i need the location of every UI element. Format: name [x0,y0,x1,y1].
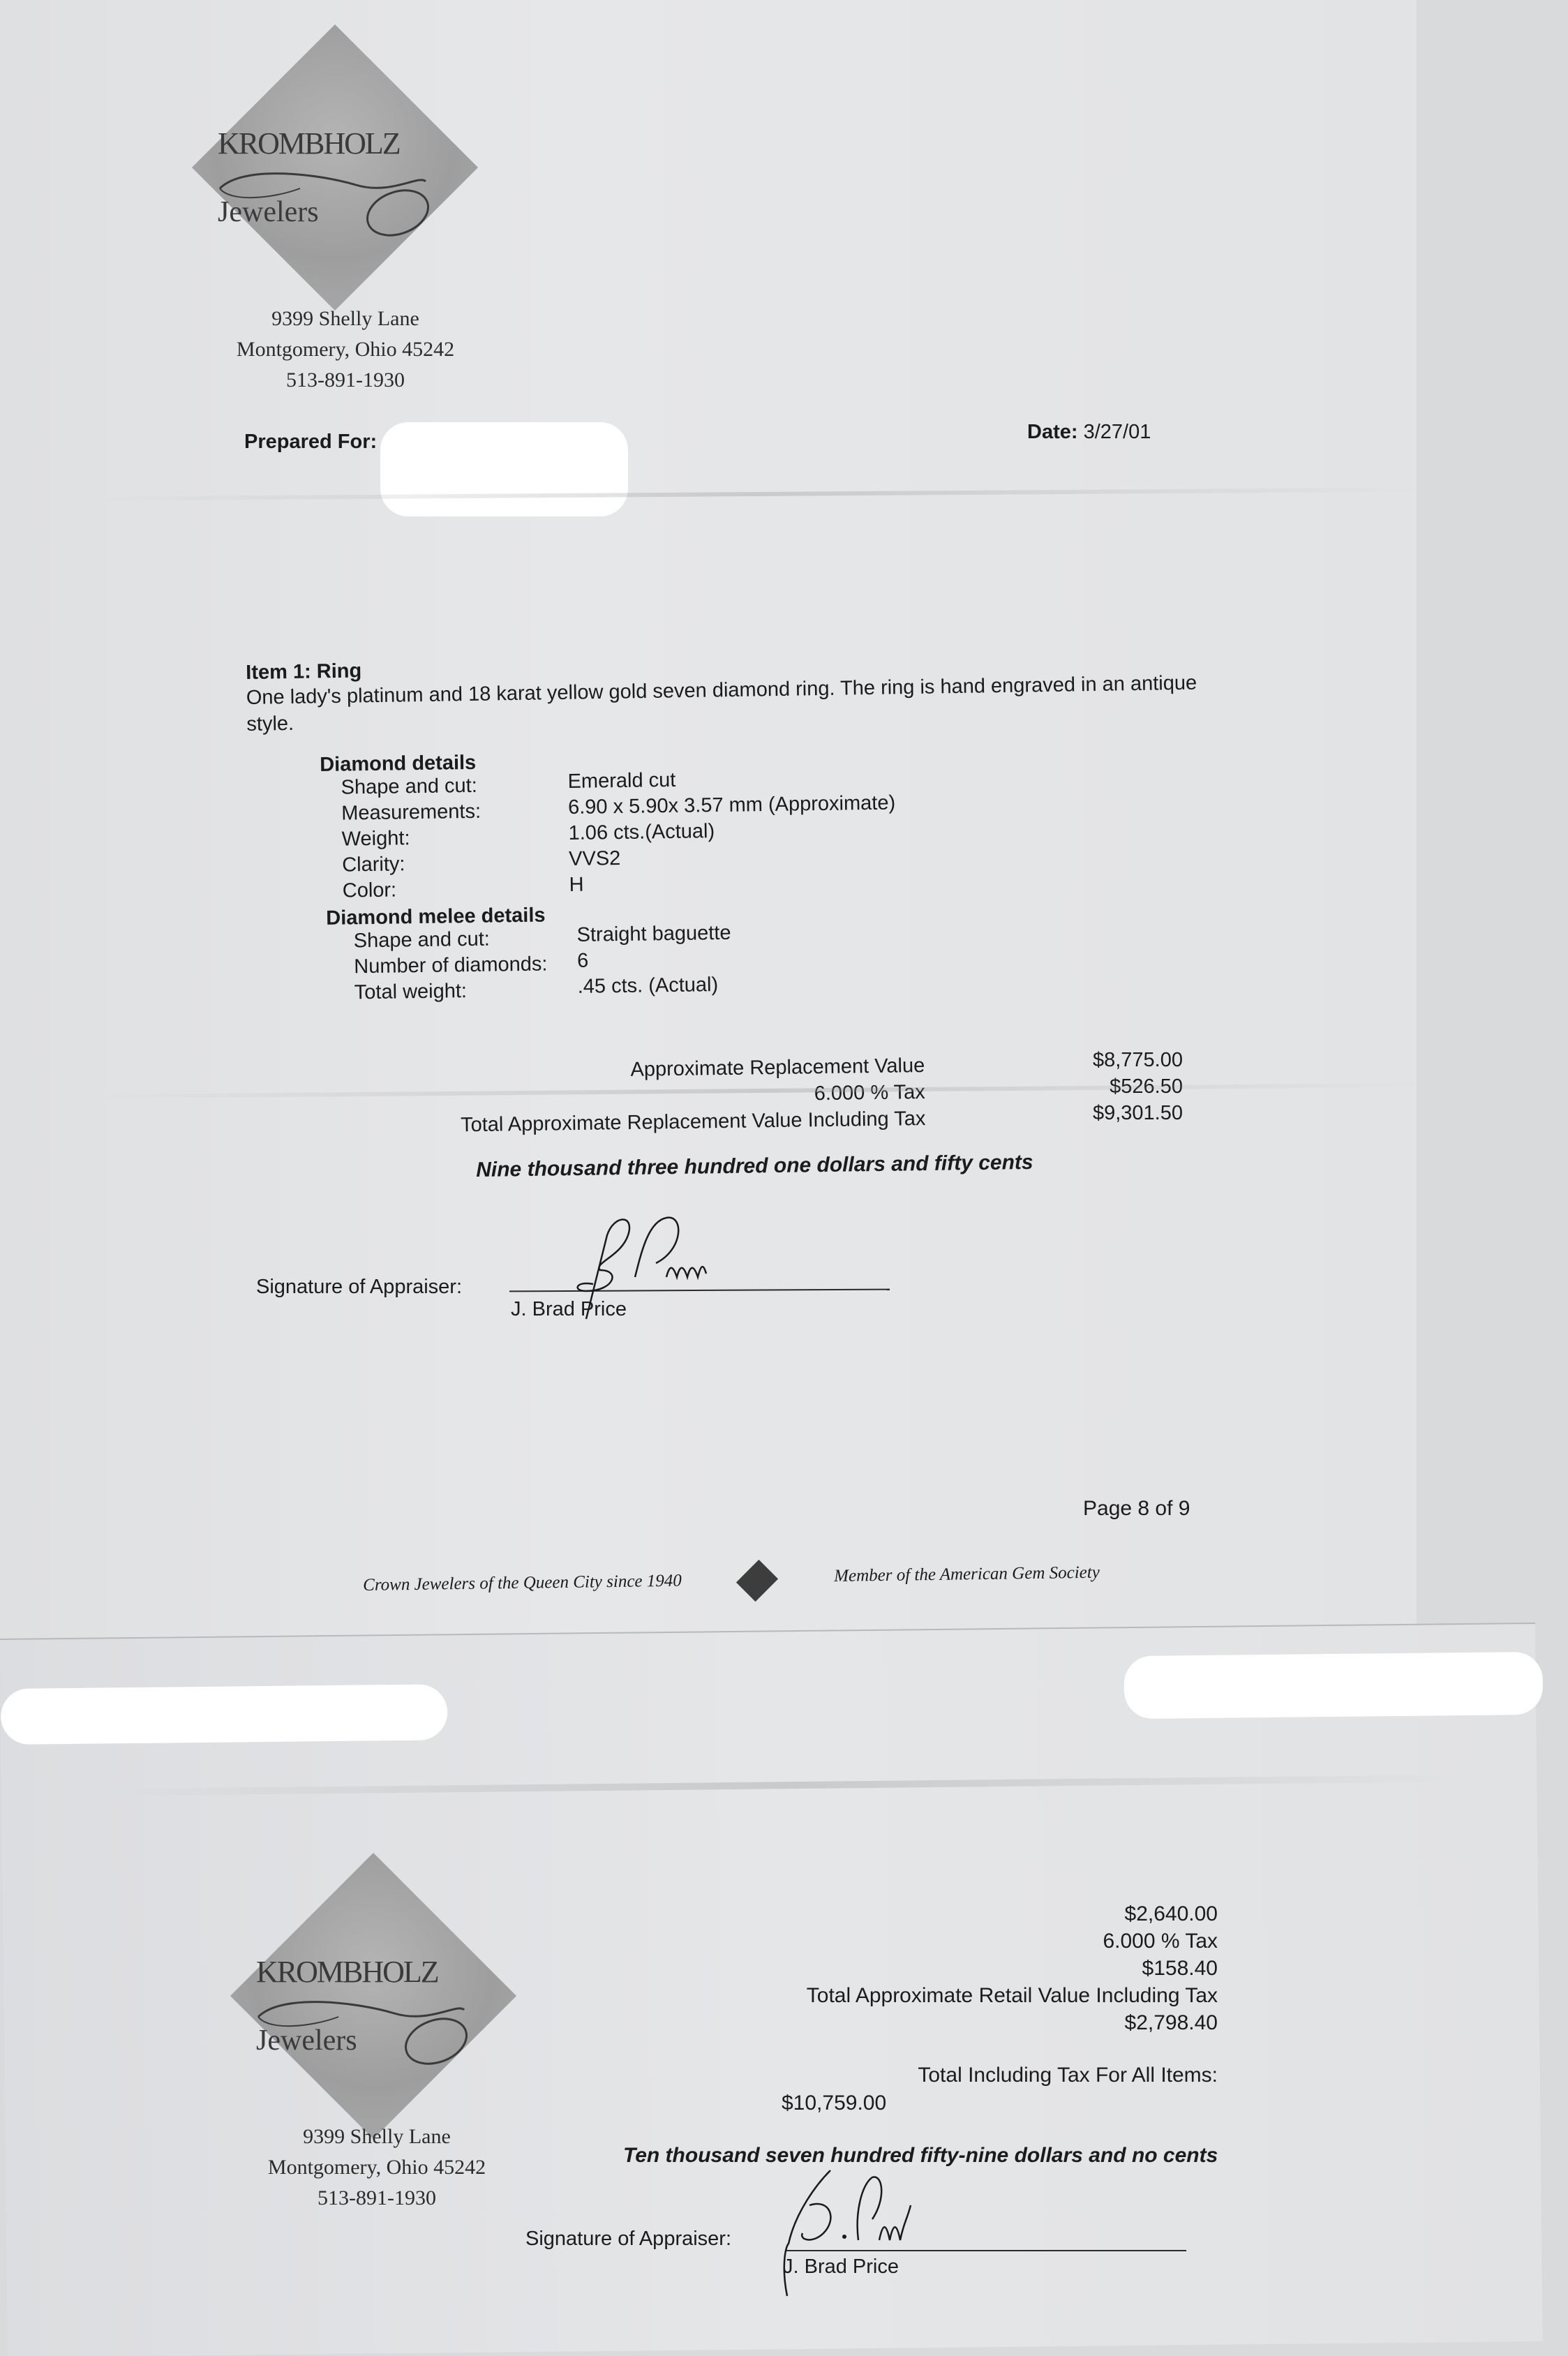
detail-label: Shape and cut: [354,928,491,953]
prepared-for-label: Prepared For: [244,431,377,454]
address-line-1: 9399 Shelly Lane [230,304,461,334]
detail-value: .45 cts. (Actual) [577,974,718,999]
tax-label: 6.000 % Tax [698,1928,1218,1955]
detail-label: Measurements: [341,800,481,826]
detail-row: Number of diamonds:6 [322,953,546,981]
address-line-2: Montgomery, Ohio 45242 [230,334,461,365]
address-line-1: 9399 Shelly Lane [262,2122,492,2152]
date-value: 3/27/01 [1084,421,1151,443]
logo-brand-text: KROMBHOLZ [256,1954,438,1990]
retail-value-amount: $2,640.00 [698,1900,1218,1928]
valuation-labels: Approximate Replacement Value 6.000 % Ta… [391,1052,926,1140]
footer-membership: Member of the American Gem Society [834,1563,1100,1586]
phone-number: 513-891-1930 [262,2183,492,2214]
detail-value: 6.90 x 5.90x 3.57 mm (Approximate) [568,791,895,819]
detail-row: Shape and cut:Straight baguette [322,927,546,956]
diamond-details-heading: Diamond details [320,751,544,777]
detail-value: Emerald cut [567,769,675,793]
appraiser-name-page-2: J. Brad Price [783,2256,899,2279]
detail-value: 6 [577,950,589,973]
detail-row: Clarity:VVS2 [321,851,545,880]
total-retail-amount: $2,798.40 [698,2009,1218,2036]
melee-details-heading: Diamond melee details [326,904,546,930]
redacted-header-left [1,1684,448,1745]
redacted-recipient [380,422,628,516]
detail-value: 1.06 cts.(Actual) [568,820,715,845]
appraisal-page-8: KROMBHOLZ Jewelers 9399 Shelly Lane Mont… [0,0,1417,1647]
detail-label: Color: [343,879,397,902]
replacement-value-amount: $8,775.00 [1047,1047,1183,1073]
footer-diamond-icon [736,1560,778,1602]
logo-brand-text: KROMBHOLZ [218,126,400,161]
detail-label: Clarity: [342,853,405,877]
diamond-details-rows: Shape and cut:Emerald cutMeasurements:6.… [320,774,545,906]
logo-jewelers-text: Jewelers [256,2024,357,2057]
logo-jewelers-text: Jewelers [218,195,319,229]
total-value-amount: $9,301.50 [1047,1100,1183,1126]
detail-row: Measurements:6.90 x 5.90x 3.57 mm (Appro… [320,800,544,828]
detail-label: Total weight: [354,980,468,1004]
item-section: Item 1: Ring One lady's platinum and 18 … [246,646,1210,738]
signature-label: Signature of Appraiser: [256,1276,462,1299]
detail-value: Straight baguette [576,922,731,947]
detail-row: Color:H [322,877,546,906]
detail-label: Weight: [341,827,410,851]
company-logo-page-2: KROMBHOLZ Jewelers [227,1849,520,2142]
signature-scribble-icon [775,2163,984,2303]
total-retail-label: Total Approximate Retail Value Including… [698,1982,1218,2009]
company-logo: KROMBHOLZ Jewelers [188,21,481,314]
appraiser-name: J. Brad Price [511,1298,627,1321]
detail-row: Weight:1.06 cts.(Actual) [320,826,544,854]
detail-label: Number of diamonds: [354,953,548,978]
phone-number: 513-891-1930 [230,365,461,396]
detail-row: Total weight:.45 cts. (Actual) [323,978,547,1007]
signature-label-page-2: Signature of Appraiser: [525,2228,731,2251]
date-label: Date: [1027,421,1078,443]
paper-fold [98,487,1424,500]
detail-label: Shape and cut: [341,775,477,800]
melee-details-rows: Shape and cut:Straight baguetteNumber of… [322,927,547,1008]
company-address-page-2: 9399 Shelly Lane Montgomery, Ohio 45242 … [262,2122,492,2214]
company-address: 9399 Shelly Lane Montgomery, Ohio 45242 … [230,304,461,396]
retail-valuation: $2,640.00 6.000 % Tax $158.40 Total Appr… [698,1900,1218,2036]
date-field: Date: 3/27/01 [1027,421,1151,444]
footer-tagline: Crown Jewelers of the Queen City since 1… [363,1572,682,1595]
diamond-details: Diamond details Shape and cut:Emerald cu… [320,751,546,1008]
redacted-header-right [1123,1652,1543,1719]
page-number: Page 8 of 9 [1083,1497,1190,1521]
all-items-label: Total Including Tax For All Items: [698,2064,1218,2087]
tax-amount: $158.40 [698,1955,1218,1982]
detail-value: VVS2 [569,847,621,871]
paper-fold [106,1775,1467,1796]
total-in-words: Nine thousand three hundred one dollars … [476,1151,1033,1182]
all-items-amount: $10,759.00 [782,2092,886,2115]
detail-value: H [569,874,583,897]
detail-row: Shape and cut:Emerald cut [320,774,544,803]
address-line-2: Montgomery, Ohio 45242 [262,2152,492,2183]
